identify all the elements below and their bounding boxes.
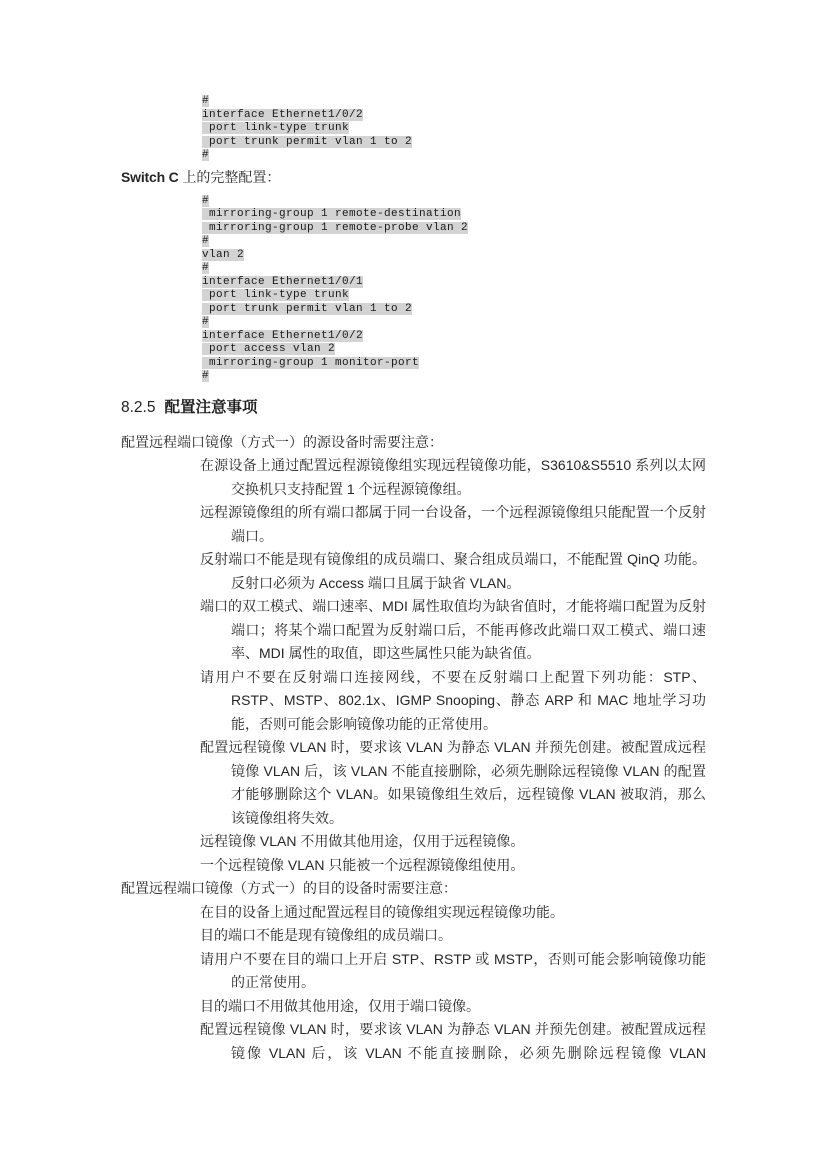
code-text: mirroring-group 1 monitor-port xyxy=(202,357,419,369)
dest-note-item-4: 目的端口不用做其他用途，仅用于端口镜像。 xyxy=(121,995,706,1019)
switch-c-name: Switch C xyxy=(121,169,179,185)
dest-note-item-2: 目的端口不能是现有镜像组的成员端口。 xyxy=(121,924,706,948)
code-line: mirroring-group 1 remote-probe vlan 2 xyxy=(202,222,706,236)
source-note-item-8: 一个远程镜像 VLAN 只能被一个远程源镜像组使用。 xyxy=(121,854,706,878)
source-note-item-4: 端口的双工模式、端口速率、MDI 属性取值均为缺省值时，才能将端口配置为反射端口… xyxy=(121,595,706,666)
code-block-switch-c: # mirroring-group 1 remote-destination m… xyxy=(202,195,706,384)
code-text: interface Ethernet1/0/1 xyxy=(202,276,363,288)
document-page: # interface Ethernet1/0/2 port link-type… xyxy=(0,0,827,1170)
code-line: port access vlan 2 xyxy=(202,343,706,357)
code-text: port access vlan 2 xyxy=(202,343,335,355)
code-block-top: # interface Ethernet1/0/2 port link-type… xyxy=(202,95,706,163)
code-line: # xyxy=(202,195,706,209)
code-text: # xyxy=(202,370,209,382)
code-text: # xyxy=(202,316,209,328)
code-text: mirroring-group 1 remote-probe vlan 2 xyxy=(202,222,468,234)
code-text: port trunk permit vlan 1 to 2 xyxy=(202,136,412,148)
code-text: mirroring-group 1 remote-destination xyxy=(202,208,461,220)
code-line: # xyxy=(202,370,706,384)
code-text: interface Ethernet1/0/2 xyxy=(202,109,363,121)
section-heading: 8.2.5配置注意事项 xyxy=(121,397,706,419)
source-note-item-1: 在源设备上通过配置远程源镜像组实现远程镜像功能，S3610&S5510 系列以太… xyxy=(121,454,706,501)
code-text: port link-type trunk xyxy=(202,122,349,134)
code-line: port trunk permit vlan 1 to 2 xyxy=(202,136,706,150)
code-line: # xyxy=(202,316,706,330)
code-line: interface Ethernet1/0/2 xyxy=(202,109,706,123)
dest-note-item-1: 在目的设备上通过配置远程目的镜像组实现远程镜像功能。 xyxy=(121,901,706,925)
source-note-item-7: 远程镜像 VLAN 不用做其他用途，仅用于远程镜像。 xyxy=(121,830,706,854)
code-line: interface Ethernet1/0/2 xyxy=(202,330,706,344)
source-note-item-3: 反射端口不能是现有镜像组的成员端口、聚合组成员端口，不能配置 QinQ 功能。反… xyxy=(121,548,706,595)
source-notes-intro: 配置远程端口镜像（方式一）的源设备时需要注意： xyxy=(121,431,706,455)
dest-notes-intro: 配置远程端口镜像（方式一）的目的设备时需要注意： xyxy=(121,877,706,901)
code-line: # xyxy=(202,262,706,276)
code-text: # xyxy=(202,235,209,247)
code-text: interface Ethernet1/0/2 xyxy=(202,330,363,342)
code-text: # xyxy=(202,149,209,161)
source-note-item-6: 配置远程镜像 VLAN 时，要求该 VLAN 为静态 VLAN 并预先创建。被配… xyxy=(121,736,706,830)
code-line: # xyxy=(202,95,706,109)
code-line: vlan 2 xyxy=(202,249,706,263)
section-title: 配置注意事项 xyxy=(164,399,257,416)
code-text: vlan 2 xyxy=(202,249,244,261)
switch-c-caption: Switch C 上的完整配置： xyxy=(121,166,706,188)
code-text: port link-type trunk xyxy=(202,289,349,301)
code-text: # xyxy=(202,262,209,274)
caption-text: 上的完整配置： xyxy=(179,169,281,185)
code-line: mirroring-group 1 monitor-port xyxy=(202,357,706,371)
code-line: # xyxy=(202,149,706,163)
code-text: # xyxy=(202,195,209,207)
dest-note-item-5-truncated: 配置远程镜像 VLAN 时，要求该 VLAN 为静态 VLAN 并预先创建。被配… xyxy=(121,1018,706,1065)
code-line: port link-type trunk xyxy=(202,122,706,136)
document-body: # interface Ethernet1/0/2 port link-type… xyxy=(121,0,706,1065)
dest-note-item-3: 请用户不要在目的端口上开启 STP、RSTP 或 MSTP，否则可能会影响镜像功… xyxy=(121,948,706,995)
code-line: port link-type trunk xyxy=(202,289,706,303)
source-note-item-2: 远程源镜像组的所有端口都属于同一台设备，一个远程源镜像组只能配置一个反射端口。 xyxy=(121,501,706,548)
code-line: mirroring-group 1 remote-destination xyxy=(202,208,706,222)
section-number: 8.2.5 xyxy=(121,399,155,416)
code-text: # xyxy=(202,95,209,107)
code-line: interface Ethernet1/0/1 xyxy=(202,276,706,290)
source-note-item-5: 请用户不要在反射端口连接网线，不要在反射端口上配置下列功能：STP、RSTP、M… xyxy=(121,666,706,737)
code-line: # xyxy=(202,235,706,249)
code-text: port trunk permit vlan 1 to 2 xyxy=(202,303,412,315)
code-line: port trunk permit vlan 1 to 2 xyxy=(202,303,706,317)
